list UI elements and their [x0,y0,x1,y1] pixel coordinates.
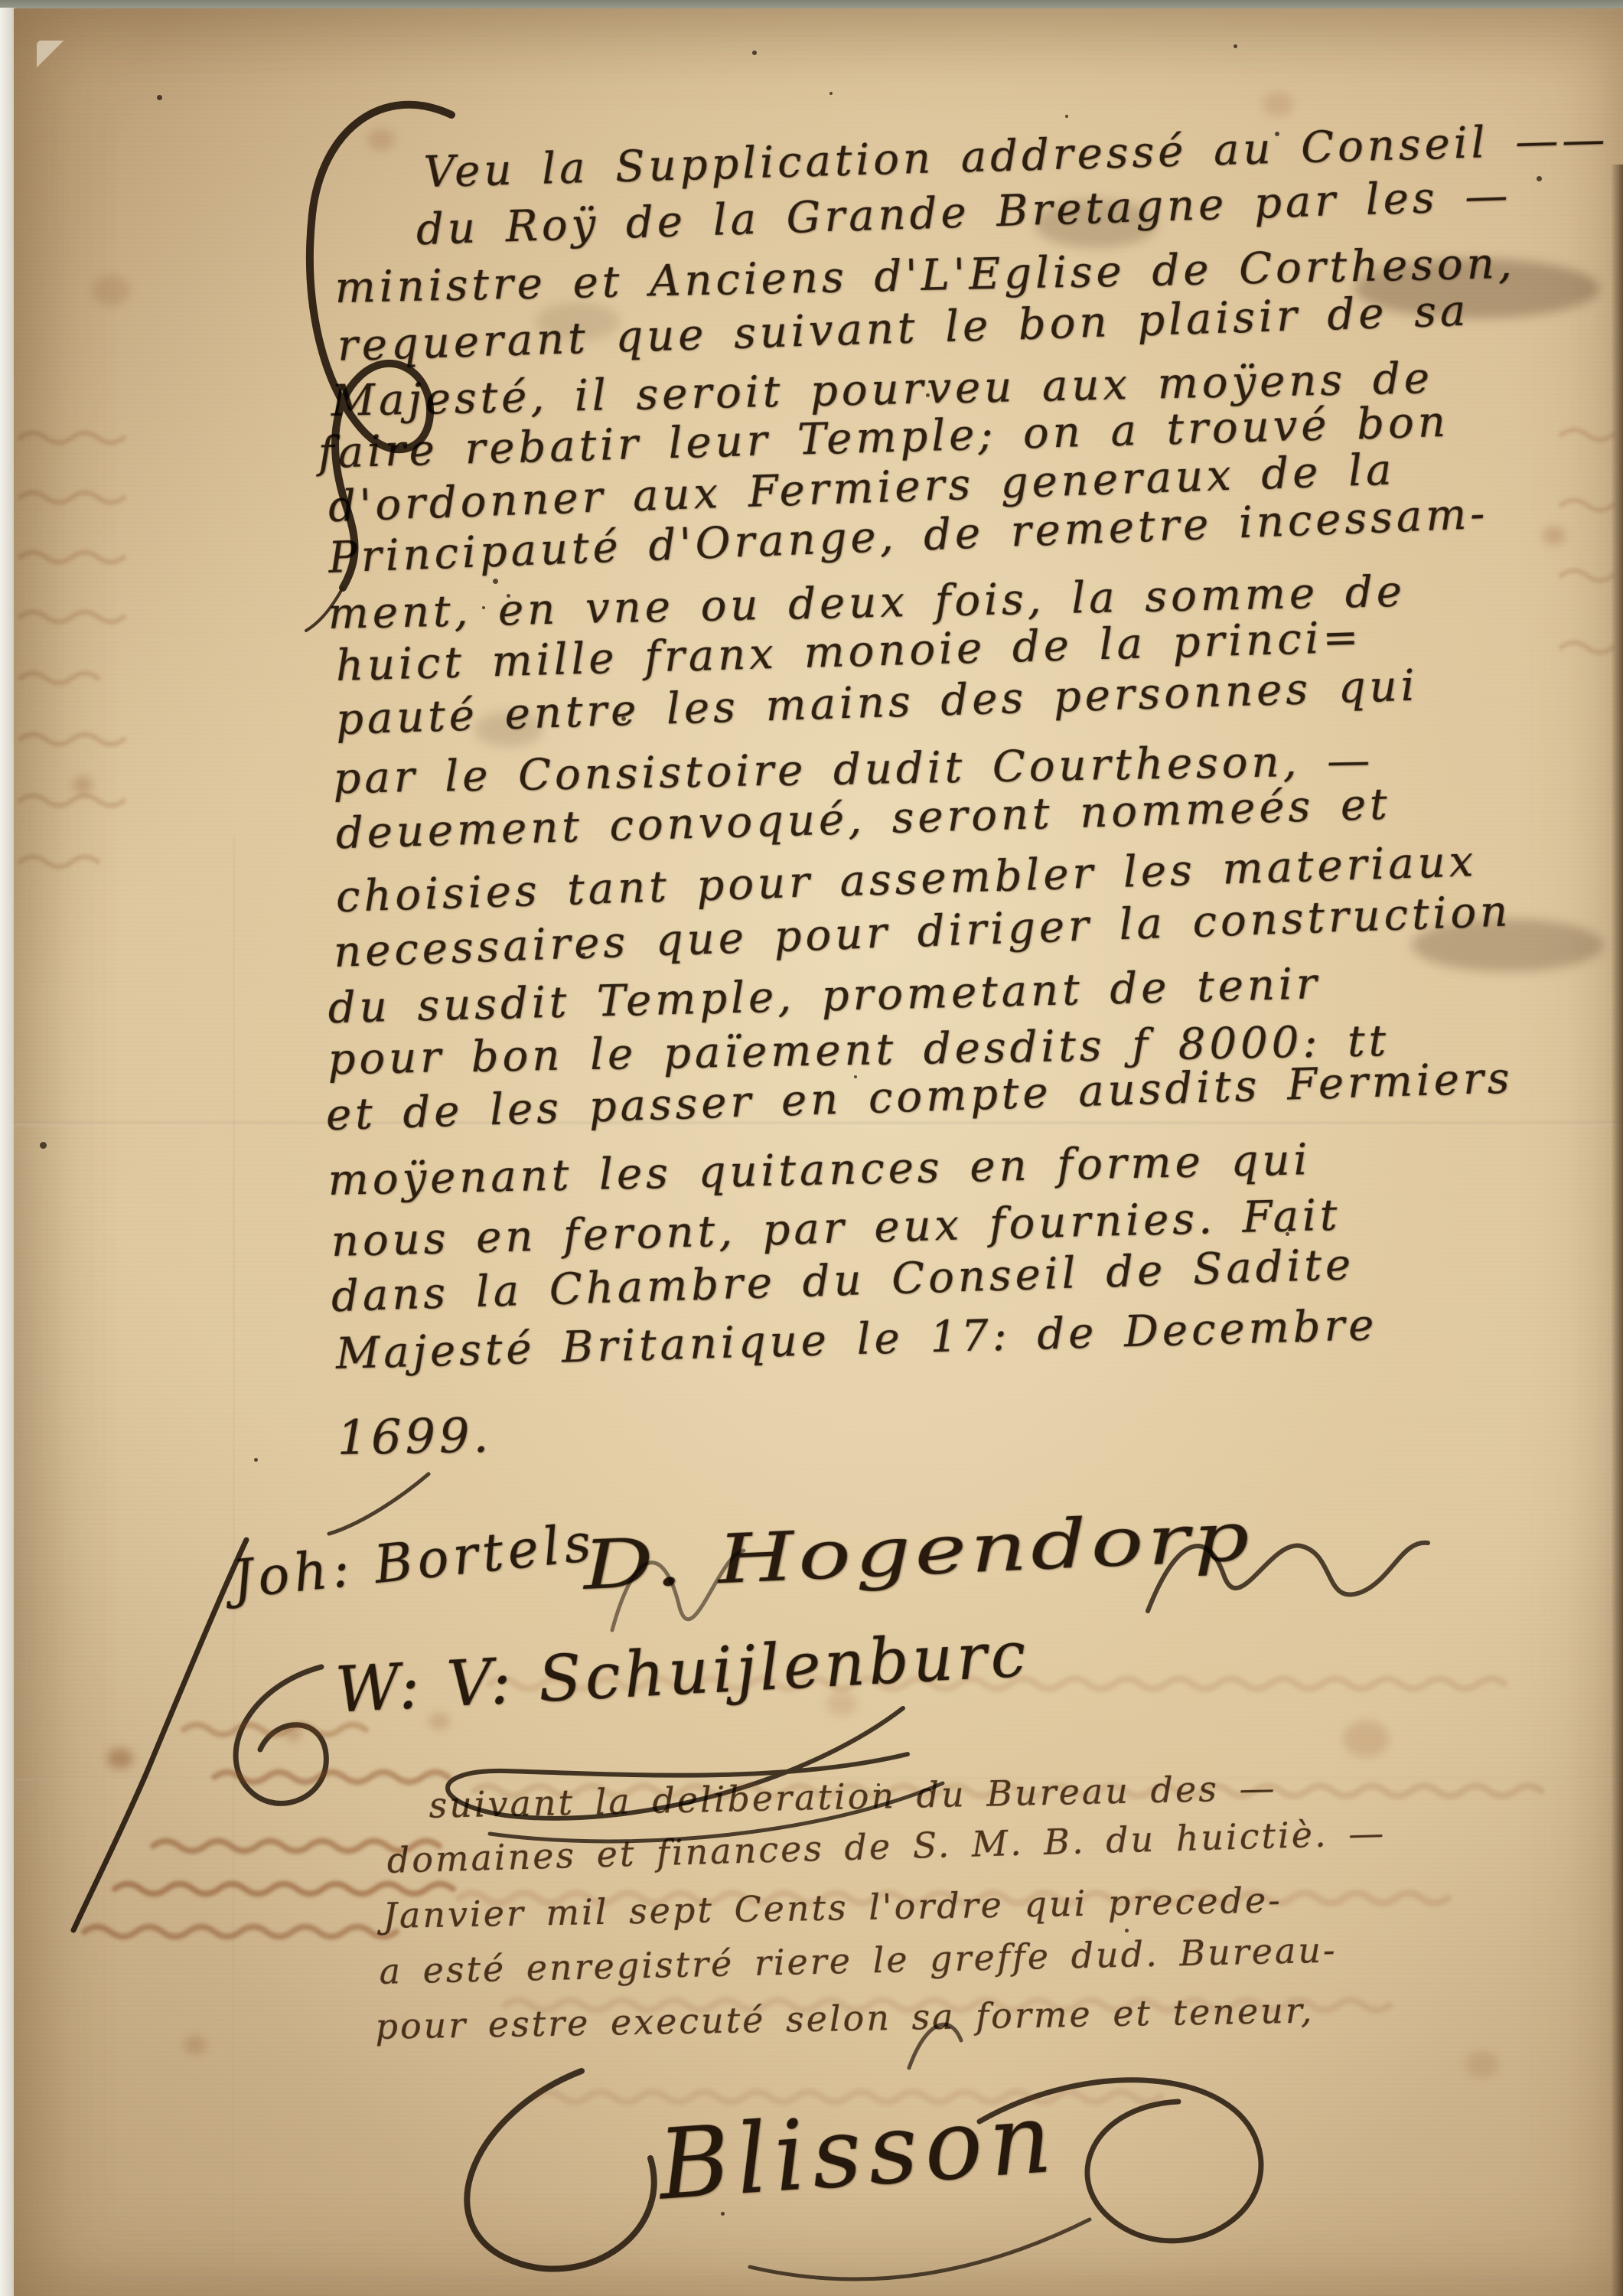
foxing-stain [92,276,130,306]
ink-speck [1275,132,1279,136]
ink-speck [1234,44,1237,48]
foxing-stain [1543,527,1566,545]
manuscript-scan: Veu la Supplication addressé au Conseil … [0,0,1623,2296]
ink-speck [877,1783,880,1786]
ink-speck [157,95,162,100]
ink-speck [1125,1929,1129,1932]
ink-speck [493,579,498,584]
ink-speck [926,393,930,397]
ink-speck [254,1458,258,1462]
foxing-stain [826,1691,857,1716]
ink-speck [1065,115,1068,118]
ink-smudge [1354,259,1599,318]
ink-smudge [474,712,543,747]
ink-speck [482,606,485,609]
ink-speck [1286,1232,1289,1236]
ink-smudge [1035,201,1157,248]
ink-smudge [536,302,620,341]
manuscript-line-23: 1699. [337,1407,493,1466]
ink-speck [721,2212,725,2216]
ink-speck [621,716,626,721]
ink-speck [507,594,510,598]
ink-speck [40,1142,47,1149]
foxing-stain [1343,1720,1389,1757]
ink-speck [752,51,757,55]
foxing-stain [1465,2051,1499,2078]
ink-speck [854,1075,857,1078]
ink-speck [1537,176,1542,181]
foxing-stain [107,1748,133,1769]
foxing-stain [1263,92,1293,116]
foxing-stain [429,1713,450,1730]
foxing-stain [73,777,93,793]
foxing-stain [285,1727,301,1740]
foxing-stain [367,129,395,151]
page-edge-right [1611,165,1623,2296]
ink-smudge [1412,918,1603,972]
foxing-stain [184,2036,207,2054]
ink-speck [582,953,585,957]
ink-speck [829,92,833,95]
